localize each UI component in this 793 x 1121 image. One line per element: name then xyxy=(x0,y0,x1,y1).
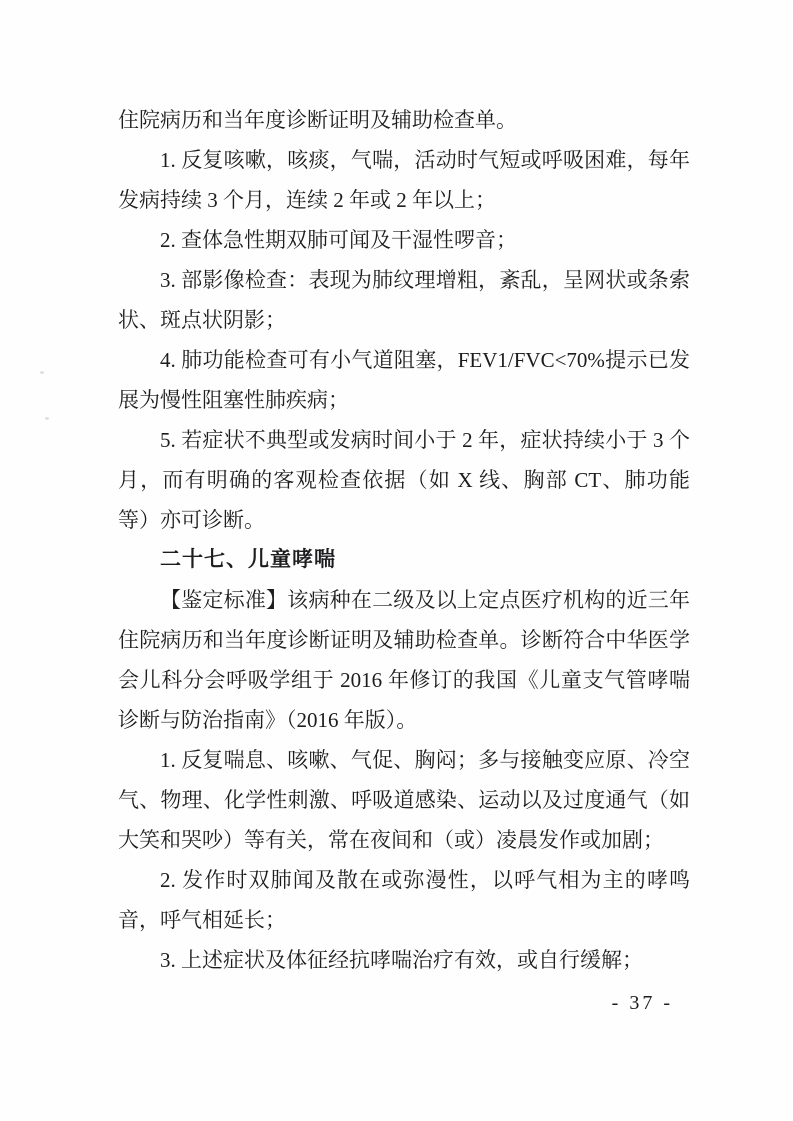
scan-artifact xyxy=(45,417,49,420)
scan-artifact xyxy=(40,371,44,374)
body-paragraph: 【鉴定标准】该病种在二级及以上定点医疗机构的近三年住院病历和当年度诊断证明及辅助… xyxy=(118,580,690,740)
body-paragraph: 5. 若症状不典型或发病时间小于 2 年，症状持续小于 3 个月，而有明确的客观… xyxy=(118,420,690,540)
body-paragraph: 住院病历和当年度诊断证明及辅助检查单。 xyxy=(118,100,690,140)
body-paragraph: 3. 上述症状及体征经抗哮喘治疗有效，或自行缓解； xyxy=(118,940,690,980)
body-paragraph: 2. 查体急性期双肺可闻及干湿性啰音； xyxy=(118,220,690,260)
document-body: 住院病历和当年度诊断证明及辅助检查单。1. 反复咳嗽，咳痰，气喘，活动时气短或呼… xyxy=(118,100,690,980)
page-number: - 37 - xyxy=(612,990,673,1016)
document-page: 住院病历和当年度诊断证明及辅助检查单。1. 反复咳嗽，咳痰，气喘，活动时气短或呼… xyxy=(0,0,793,1121)
body-paragraph: 1. 反复咳嗽，咳痰，气喘，活动时气短或呼吸困难，每年发病持续 3 个月，连续 … xyxy=(118,140,690,220)
body-paragraph: 1. 反复喘息、咳嗽、气促、胸闷；多与接触变应原、冷空气、物理、化学性刺激、呼吸… xyxy=(118,740,690,860)
body-paragraph: 4. 肺功能检查可有小气道阻塞，FEV1/FVC<70%提示已发展为慢性阻塞性肺… xyxy=(118,340,690,420)
body-paragraph: 2. 发作时双肺闻及散在或弥漫性，以呼气相为主的哮鸣音，呼气相延长； xyxy=(118,860,690,940)
section-heading: 二十七、儿童哮喘 xyxy=(118,540,690,580)
body-paragraph: 3. 部影像检查：表现为肺纹理增粗，紊乱，呈网状或条索状、斑点状阴影； xyxy=(118,260,690,340)
